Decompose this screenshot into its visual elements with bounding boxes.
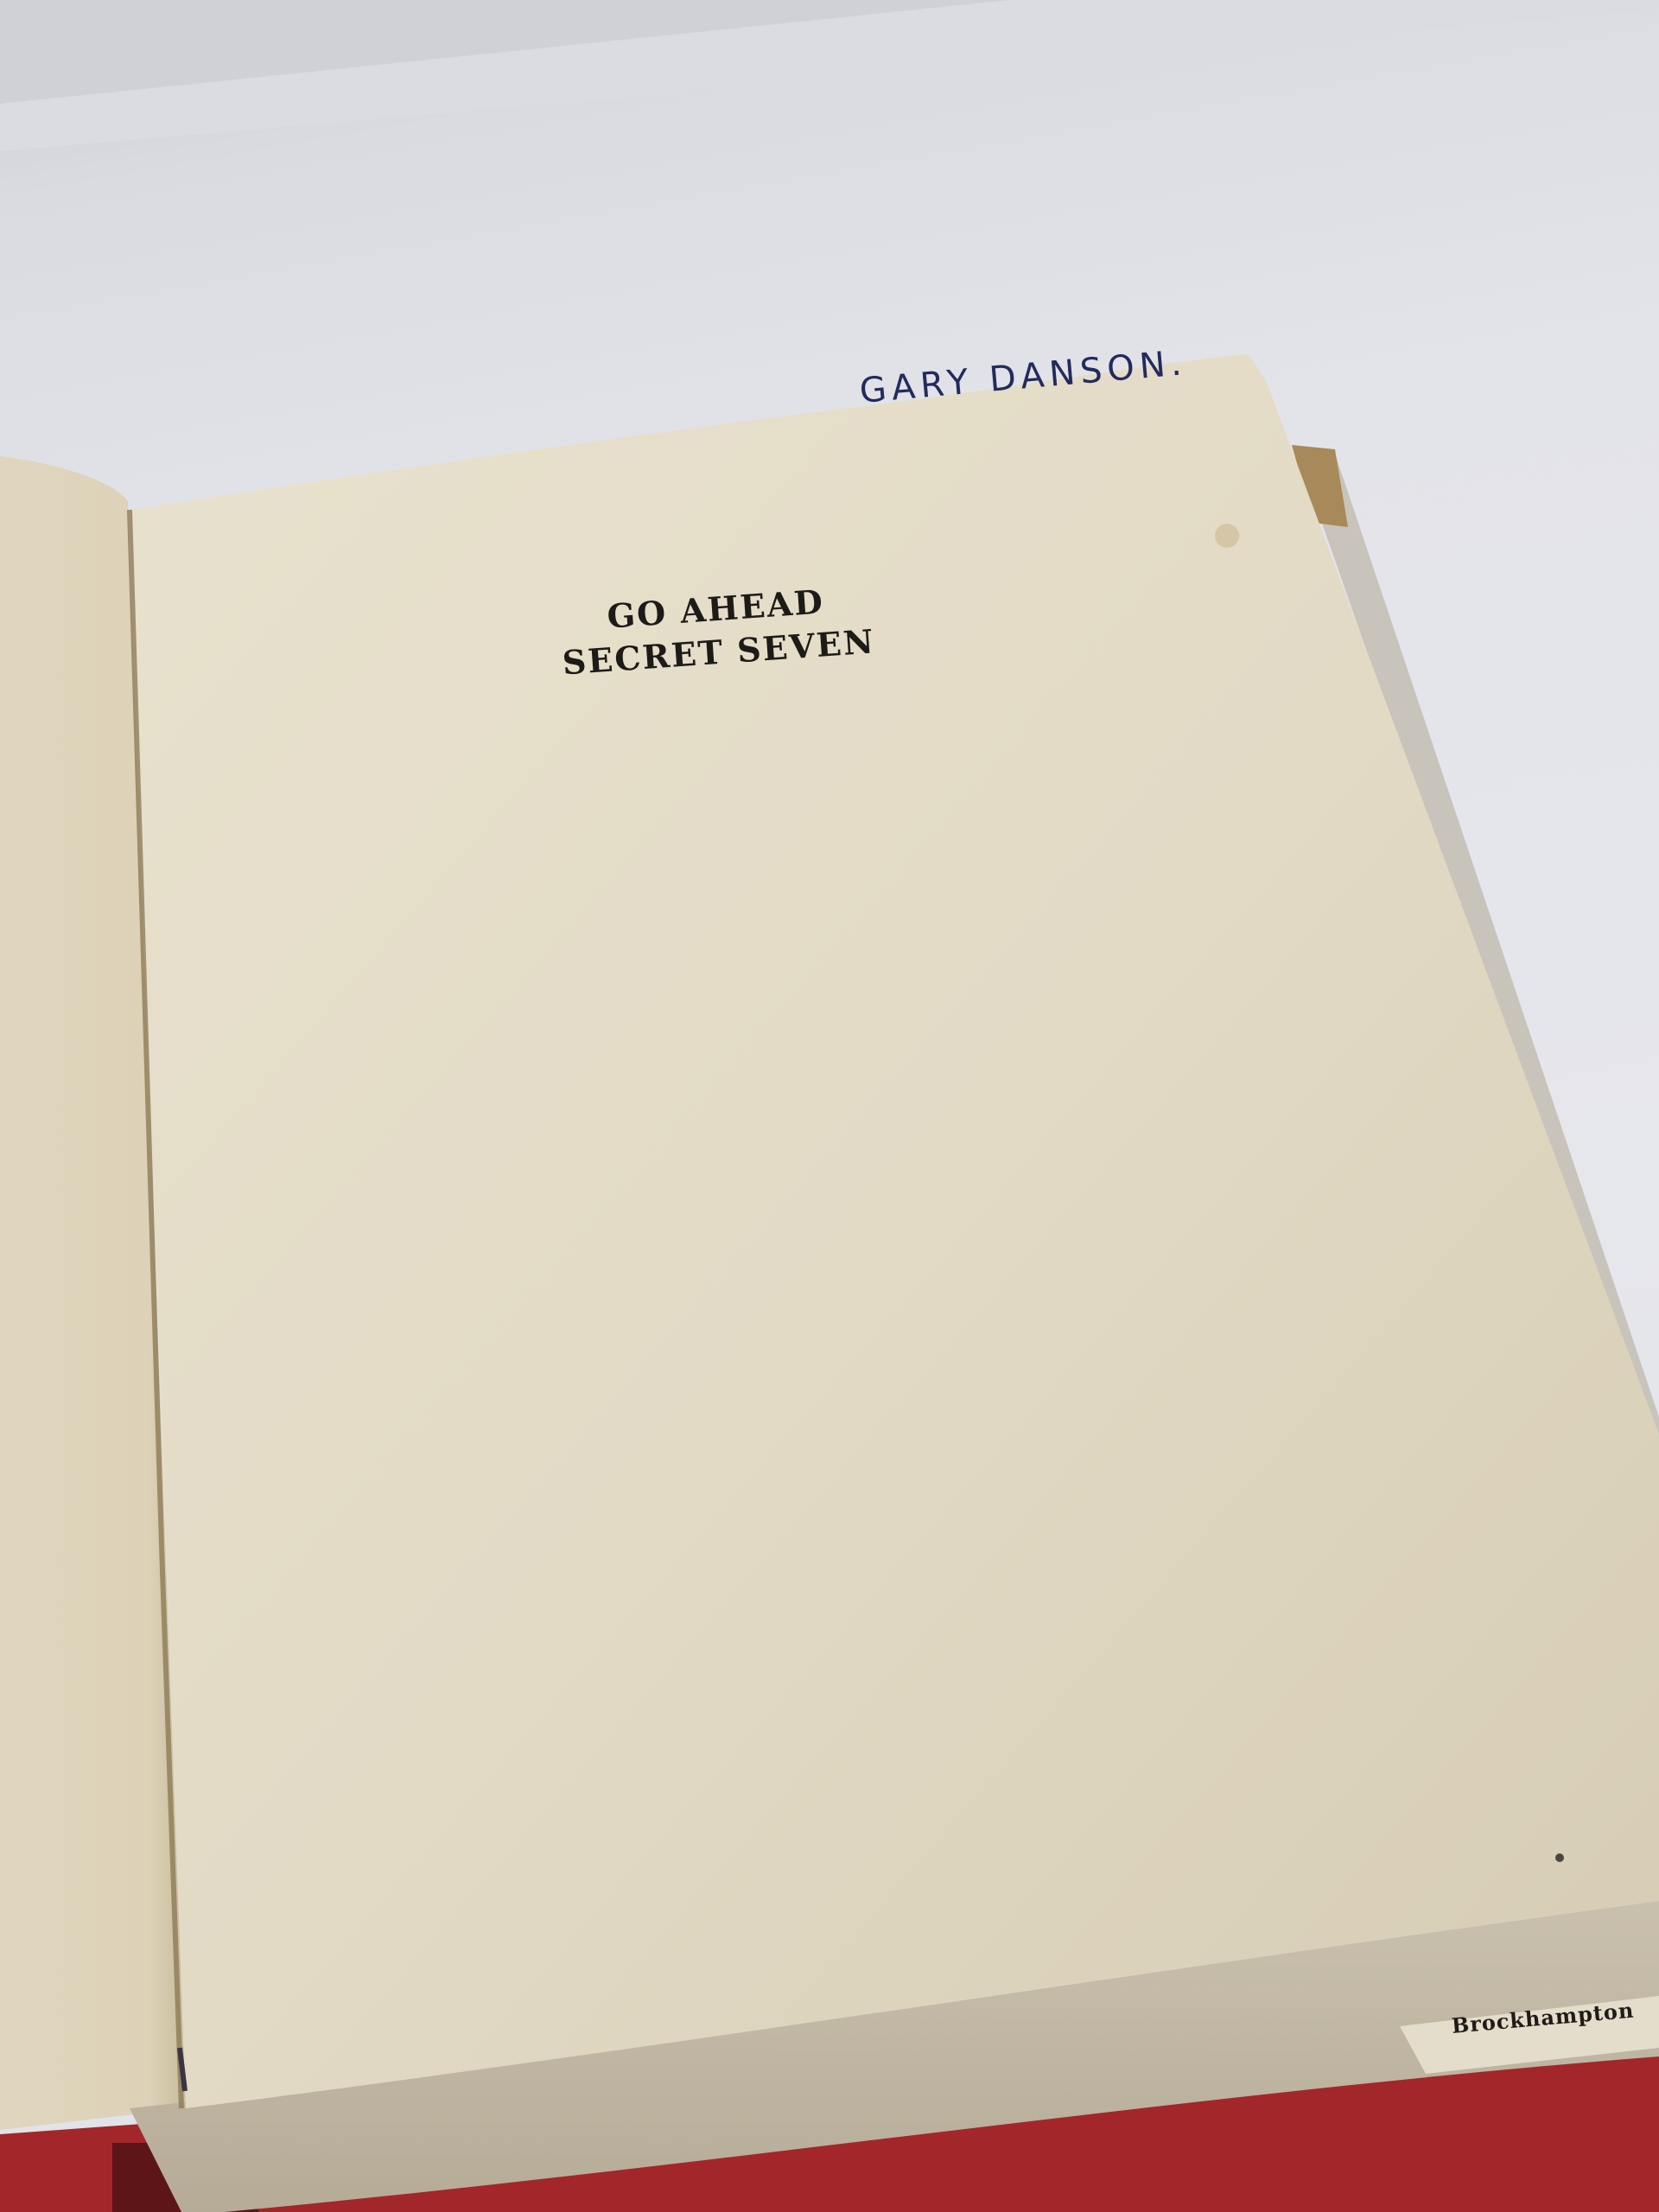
book-illustration	[0, 0, 1659, 2212]
dirt-mark	[1555, 1853, 1564, 1862]
photo-scene: GARY DANSON. GO AHEAD SECRET SEVEN Brock…	[0, 0, 1659, 2212]
foxing-spot	[1215, 524, 1239, 548]
